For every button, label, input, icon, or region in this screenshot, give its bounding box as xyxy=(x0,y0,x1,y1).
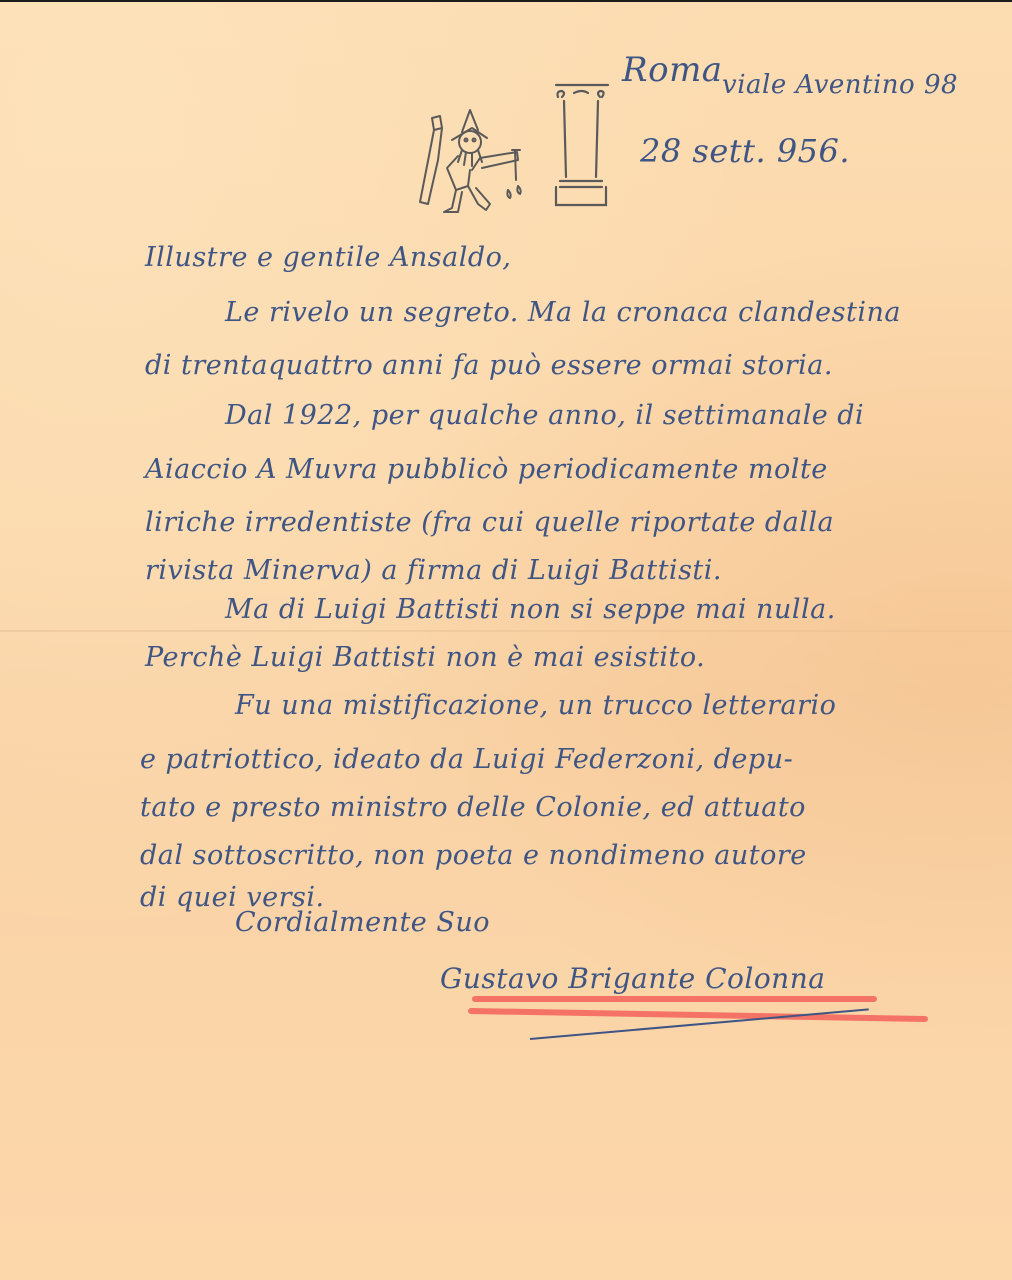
closing: Cordialmente Suo xyxy=(235,907,490,938)
body-line-6: rivista Minerva) a firma di Luigi Battis… xyxy=(145,555,722,586)
body-line-9: Fu una mistificazione, un trucco lettera… xyxy=(235,690,836,721)
body-line-10: e patriottico, ideato da Luigi Federzoni… xyxy=(140,744,793,775)
body-line-12: dal sottoscritto, non poeta e nondimeno … xyxy=(140,840,807,871)
letter-paper: Roma viale Aventino 98 28 sett. 956. Ill… xyxy=(0,2,1012,1280)
salutation: Illustre e gentile Ansaldo, xyxy=(145,242,512,273)
body-line-7: Ma di Luigi Battisti non si seppe mai nu… xyxy=(225,594,836,625)
body-line-4: Aiaccio A Muvra pubblicò periodicamente … xyxy=(145,454,828,485)
signature: Gustavo Brigante Colonna xyxy=(440,962,825,995)
body-line-5: liriche irredentiste (fra cui quelle rip… xyxy=(145,507,834,538)
header-city: Roma xyxy=(622,50,723,90)
header-address: viale Aventino 98 xyxy=(722,70,958,100)
body-line-2: di trentaquattro anni fa può essere orma… xyxy=(145,350,833,381)
body-line-1: Le rivelo un segreto. Ma la cronaca clan… xyxy=(225,297,901,328)
signature-red-underline-1 xyxy=(472,996,877,1002)
header-date: 28 sett. 956. xyxy=(640,132,850,170)
body-line-3: Dal 1922, per qualche anno, il settimana… xyxy=(225,400,864,431)
body-line-8: Perchè Luigi Battisti non è mai esistito… xyxy=(145,642,705,673)
body-line-11: tato e presto ministro delle Colonie, ed… xyxy=(140,792,806,823)
brigand-sketch-icon xyxy=(412,90,532,215)
ionic-column-icon xyxy=(552,77,612,212)
paper-fold-crease xyxy=(0,630,1012,632)
